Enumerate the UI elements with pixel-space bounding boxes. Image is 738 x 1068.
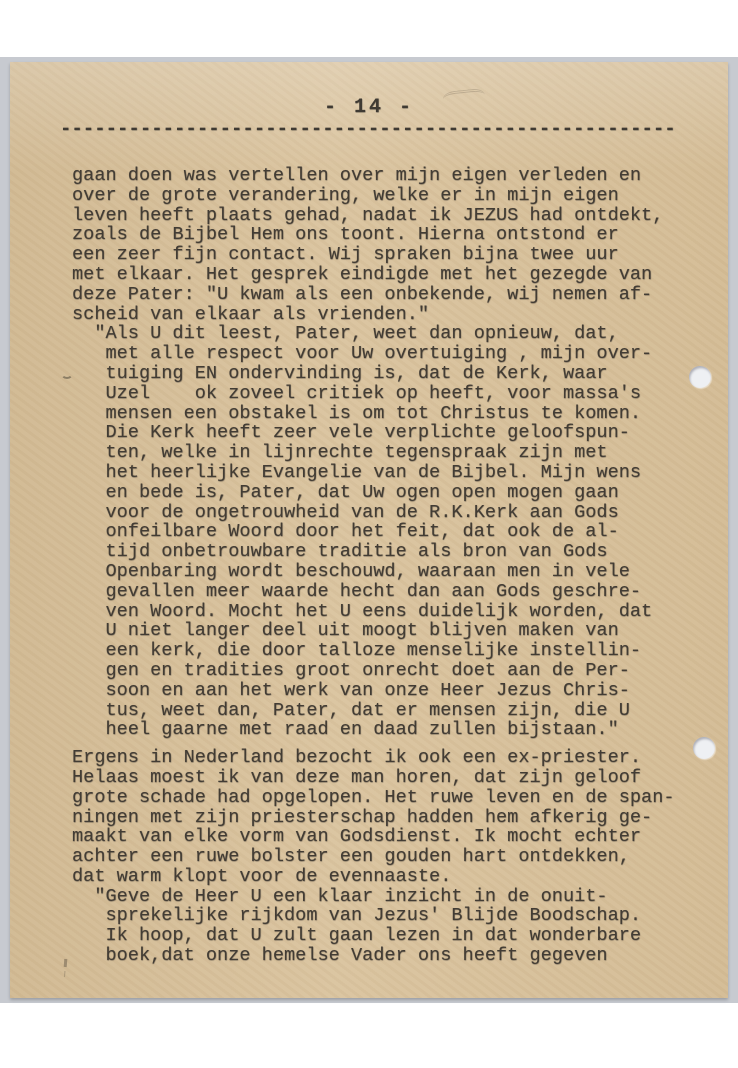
paragraph: "Geve de Heer U een klaar inzicht in de … <box>72 887 675 966</box>
document-page: - 14 - ---------------------------------… <box>10 62 728 998</box>
paragraph: Ergens in Nederland bezocht ik ook een e… <box>72 748 675 887</box>
punch-hole <box>689 366 711 388</box>
typewritten-text: gaan doen was vertellen over mijn eigen … <box>72 166 675 966</box>
paragraph: "Als U dit leest, Pater, weet dan opnieu… <box>72 324 675 740</box>
punch-hole <box>693 737 715 759</box>
divider-line: ----------------------------------------… <box>60 120 700 140</box>
paragraph: gaan doen was vertellen over mijn eigen … <box>72 166 675 324</box>
margin-mark <box>61 369 73 379</box>
page-number: - 14 - <box>10 96 728 119</box>
margin-mark <box>64 959 68 967</box>
scan-background: - 14 - ---------------------------------… <box>0 0 738 1068</box>
